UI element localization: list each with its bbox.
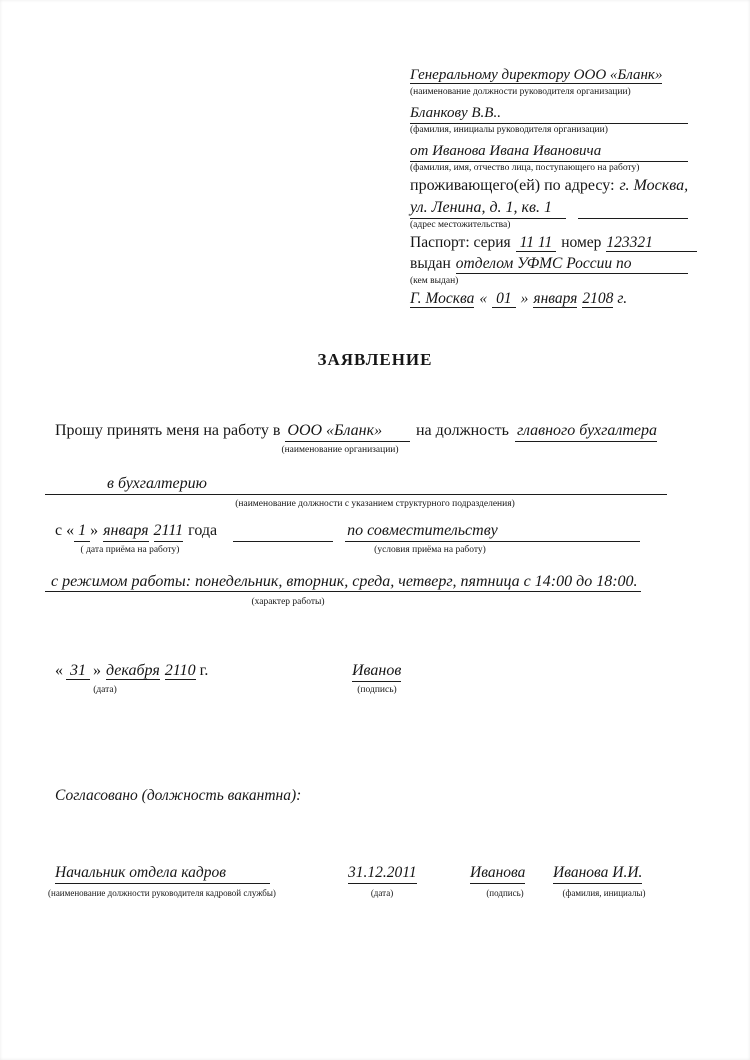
director-line: Бланкову В.В.. (410, 104, 688, 124)
sign-year: 2110 (165, 662, 196, 680)
approval-date-caption: (дата) (342, 888, 422, 898)
address-city: г. Москва, (620, 177, 689, 194)
addressee-value: Генеральному директору ООО «Бланк» (410, 67, 662, 84)
start-close-quote: » (90, 521, 98, 541)
issued-by: отделом УФМС России по (456, 254, 632, 274)
year-suffix: г. (617, 290, 627, 307)
director-name: Бланкову В.В.. (410, 104, 501, 124)
approval-heading: Согласовано (должность вакантна): (55, 787, 301, 805)
issued-prefix: выдан (410, 254, 451, 273)
blank-line (233, 521, 333, 542)
address-street: ул. Ленина, д. 1, кв. 1 (410, 198, 566, 219)
place-date-line: Г. Москва«01»января2108г. (410, 289, 688, 308)
blank-line (226, 863, 270, 884)
start-year: 2111 (154, 521, 184, 542)
signature-caption: (подпись) (337, 685, 417, 696)
addressee-caption: (наименование должности руководителя орг… (410, 87, 631, 98)
blank-line (632, 254, 688, 274)
sign-date-line: «31»декабря2110г. (55, 661, 208, 681)
start-suffix: года (188, 521, 217, 541)
passport-number: 123321 (606, 234, 697, 252)
open-quote: « (55, 662, 63, 679)
passport-number-label: номер (561, 234, 601, 251)
position-blank: главного бухгалтера (515, 421, 657, 442)
open-quote: « (479, 290, 487, 307)
address-prefix: проживающего(ей) по адресу: (410, 177, 615, 194)
signature-blank: Иванов (352, 661, 401, 682)
approval-name-caption: (фамилия, инициалы) (540, 888, 668, 898)
approval-sign-caption: (подпись) (460, 888, 550, 898)
organization-blank: ООО «Бланк» (285, 421, 410, 442)
approval-name: Иванова И.И. (553, 863, 642, 884)
sign-year-suffix: г. (200, 662, 209, 679)
request-line: Прошу принять меня на работу в ООО «Блан… (55, 421, 657, 442)
blank-line (601, 142, 688, 162)
address-prefix-line: проживающего(ей) по адресу:г. Москва, (410, 176, 688, 196)
approval-date: 31.12.2011 (348, 863, 417, 884)
request-prefix: Прошу принять меня на работу в (55, 421, 280, 441)
schedule-caption: (характер работы) (193, 597, 383, 608)
blank-gap (566, 198, 578, 219)
document-title: ЗАЯВЛЕНИЕ (0, 350, 750, 370)
issued-line: выдан отделом УФМС России по (410, 254, 688, 274)
applicant-name: от Иванова Ивана Ивановича (410, 142, 601, 162)
director-caption: (фамилия, инициалы руководителя организа… (410, 125, 608, 136)
address-caption: (адрес местожительства) (410, 220, 510, 231)
addressee-line: Генеральному директору ООО «Бланк» (410, 66, 688, 85)
conditions-caption: (условия приёма на работу) (340, 545, 520, 556)
blank-line (578, 198, 688, 219)
passport-prefix: Паспорт: серия (410, 234, 511, 251)
application-form-page: Генеральному директору ООО «Бланк» (наим… (0, 0, 750, 1060)
blank-line (501, 104, 688, 124)
passport-series: 11 11 (516, 234, 557, 252)
close-quote: » (521, 290, 529, 307)
hr-position-caption: (наименование должности руководителя кад… (48, 888, 266, 898)
passport-line: Паспорт: серия11 11номер123321 (410, 233, 688, 252)
date-year: 2108 (582, 290, 613, 308)
start-month: января (103, 521, 148, 542)
address-street-line: ул. Ленина, д. 1, кв. 1 (410, 198, 688, 219)
organization-caption: (наименование организации) (235, 445, 445, 456)
issued-caption: (кем выдан) (410, 276, 458, 287)
conditions-blank: по совместительству (345, 521, 498, 542)
department-blank: в бухгалтерию (107, 475, 207, 492)
request-middle: на должность (416, 421, 509, 441)
sign-date-caption: (дата) (65, 685, 145, 696)
sign-day: 31 (66, 662, 90, 680)
applicant-line: от Иванова Ивана Ивановича (410, 142, 688, 162)
approval-sign: Иванова (470, 863, 525, 884)
start-prefix: с « (55, 521, 74, 541)
blank-line (498, 521, 640, 542)
start-day: 1 (74, 521, 90, 542)
hr-position-blank: Начальник отдела кадров (55, 863, 226, 884)
close-quote: » (93, 662, 101, 679)
schedule-line: с режимом работы: понедельник, вторник, … (45, 571, 641, 592)
place-value: Г. Москва (410, 290, 474, 308)
department-line: в бухгалтерию (45, 473, 667, 495)
applicant-caption: (фамилия, имя, отчество лица, поступающе… (410, 163, 639, 174)
hr-position-line: Начальник отдела кадров (55, 863, 270, 884)
start-line: с « 1 » января 2111 года по совместитель… (55, 521, 640, 542)
date-month: января (533, 290, 577, 308)
sign-month: декабря (106, 662, 160, 680)
department-caption: (наименование должности с указанием стру… (55, 499, 695, 510)
date-day: 01 (492, 290, 516, 308)
start-date-caption: ( дата приёма на работу) (55, 545, 205, 556)
